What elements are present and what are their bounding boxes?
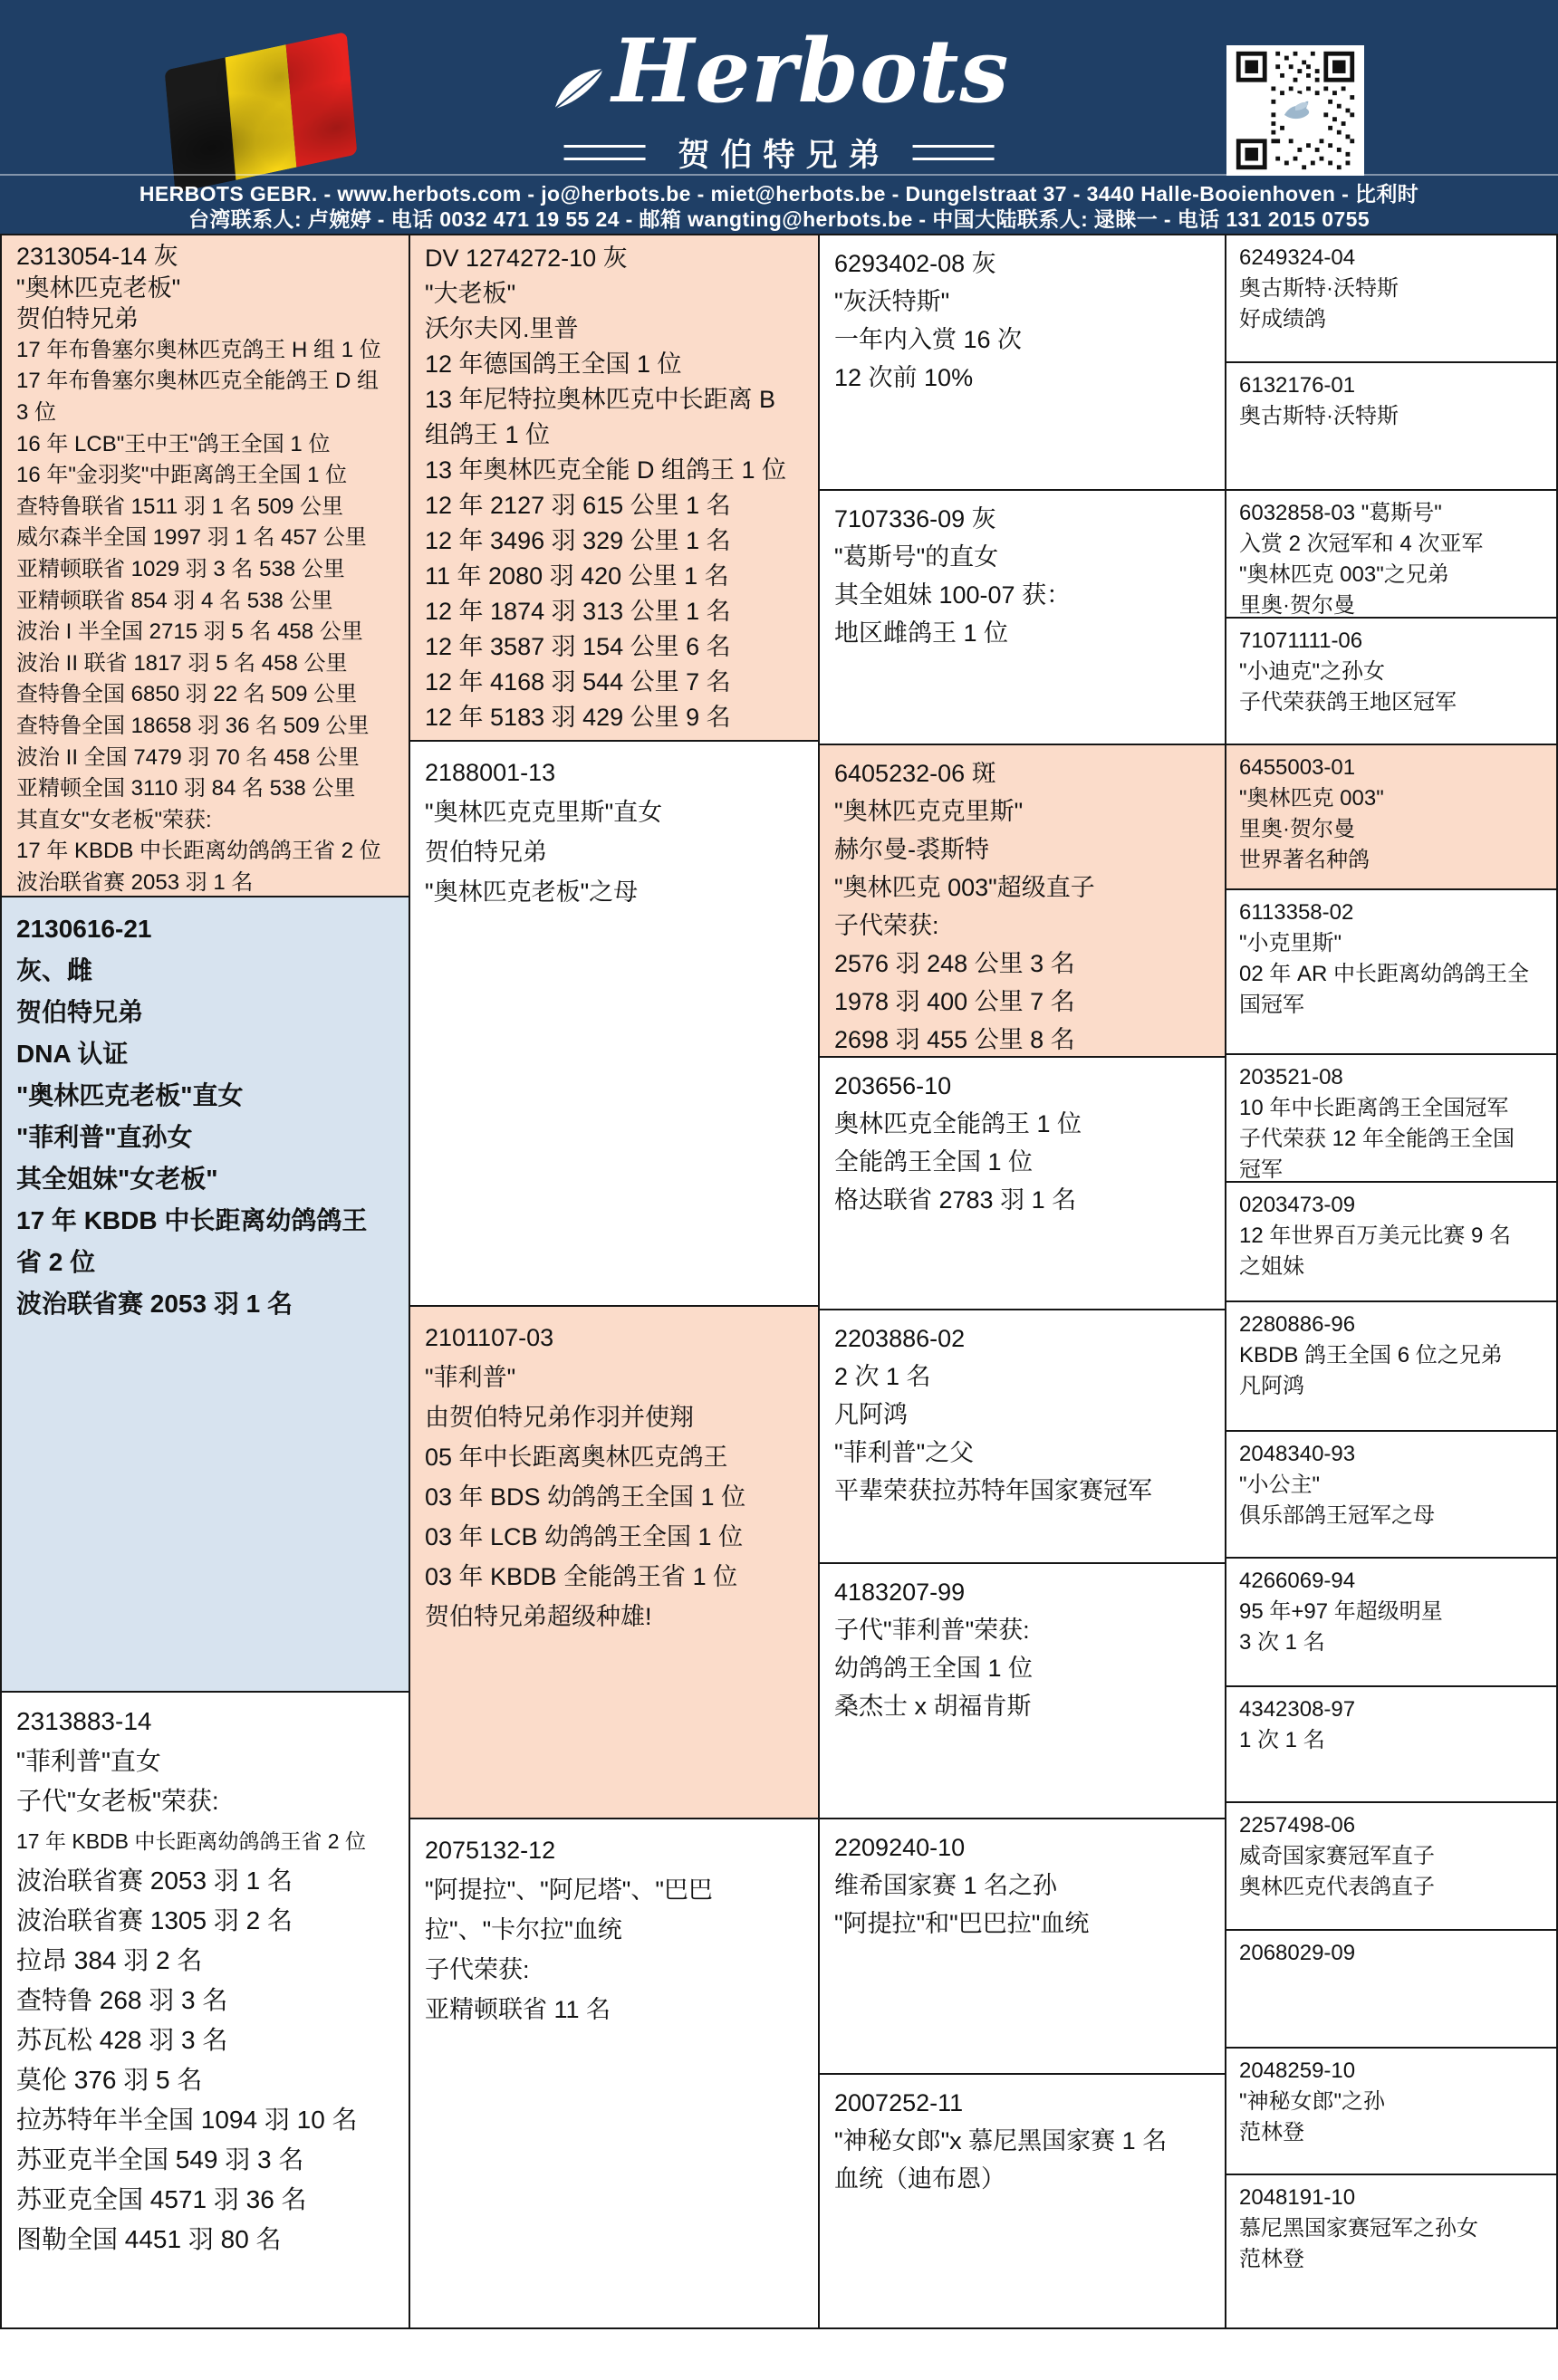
text-line: 2280886-96 xyxy=(1239,1310,1544,1340)
text-line: 其全姐妹"女老板" xyxy=(16,1158,394,1200)
text-line: 贺伯特兄弟 xyxy=(16,992,394,1033)
text-line: 莫伦 376 羽 5 名 xyxy=(16,2060,394,2100)
text-line: 05 年中长距离奥林匹克鸽王 xyxy=(425,1437,803,1477)
text-line: 6455003-01 xyxy=(1239,753,1544,783)
text-line: 奥林匹克代表鸽直子 xyxy=(1239,1872,1544,1903)
text-line: 范林登 xyxy=(1239,2244,1544,2275)
text-line: 4342308-97 xyxy=(1239,1694,1544,1725)
text-line: 全能鸽王全国 1 位 xyxy=(834,1143,1210,1181)
text-line: 12 年世界百万美元比赛 9 名 xyxy=(1239,1221,1544,1252)
brand-block: Herbots 贺伯特兄弟 xyxy=(549,27,1010,176)
text-line: 1978 羽 400 公里 7 名 xyxy=(834,983,1210,1021)
pedigree-cell-7107336-09: 7107336-09 灰"葛斯号"的直女其全姐妹 100-07 获：地区雌鸽王 … xyxy=(820,491,1225,746)
belgian-flag-icon xyxy=(168,51,353,174)
pedigree-cell-203656-10: 203656-10奥林匹克全能鸽王 1 位全能鸽王全国 1 位格达联省 2783… xyxy=(820,1058,1225,1310)
text-line: 拉"、"卡尔拉"血统 xyxy=(425,1910,803,1950)
text-line: 奥林匹克全能鸽王 1 位 xyxy=(834,1105,1210,1143)
text-line: "神秘女郎"之孙 xyxy=(1239,2087,1544,2117)
text-line: 03 年 BDS 幼鸽鸽王全国 1 位 xyxy=(425,1477,803,1517)
text-line: 03 年 KBDB 全能鸽王省 1 位 xyxy=(425,1557,803,1597)
text-line: 子代荣获: xyxy=(834,907,1210,945)
text-line: 2313054-14 灰 xyxy=(16,241,394,273)
text-line: 波治 II 联省 1817 羽 5 名 458 公里 xyxy=(16,648,394,680)
text-line: 波治联省赛 2053 羽 1 名 xyxy=(16,1861,394,1901)
text-line: 奥古斯特·沃特斯 xyxy=(1239,274,1544,304)
text-line: 俱乐部鸽王冠军之母 xyxy=(1239,1501,1544,1531)
text-line: 16 年"金羽奖"中距离鸽王全国 1 位 xyxy=(16,460,394,492)
text-line: 查特鲁 268 羽 3 名 xyxy=(16,1981,394,2020)
text-line: 苏瓦松 428 羽 3 名 xyxy=(16,2020,394,2060)
pedigree-cell-6293402-08: 6293402-08 灰"灰沃特斯"一年内入赏 16 次12 次前 10% xyxy=(820,235,1225,491)
text-line: 波治联省赛 2053 羽 1 名 xyxy=(16,868,394,897)
text-line: 2101107-03 xyxy=(425,1318,803,1358)
pedigree-grid: 2313054-14 灰"奥林匹克老板"贺伯特兄弟17 年布鲁塞尔奥林匹克鸽王 … xyxy=(0,234,1558,2329)
text-line: 奥古斯特·沃特斯 xyxy=(1239,401,1544,432)
text-line: 凡阿鸿 xyxy=(834,1396,1210,1434)
text-line: 里奥·贺尔曼 xyxy=(1239,590,1544,619)
text-line: 12 年 5183 羽 429 公里 9 名 xyxy=(425,700,803,735)
text-line: 2007252-11 xyxy=(834,2084,1210,2122)
text-line: "奥林匹克老板"直女 xyxy=(16,1075,394,1117)
text-line: 组鸽王 1 位 xyxy=(425,417,803,453)
text-line: 查特鲁全国 6850 羽 22 名 509 公里 xyxy=(16,679,394,711)
text-line: 1 次 1 名 xyxy=(1239,1725,1544,1756)
text-line: 4266069-94 xyxy=(1239,1566,1544,1597)
text-line: "奥林匹克 003"之兄弟 xyxy=(1239,560,1544,590)
text-line: 12 次前 10% xyxy=(834,359,1210,397)
text-line: 10 年中长距离鸽王全国冠军 xyxy=(1239,1093,1544,1124)
text-line: KBDB 鸽王全国 6 位之兄弟 xyxy=(1239,1340,1544,1371)
text-line: "灰沃特斯" xyxy=(834,283,1210,321)
pedigree-cell-2101107-03: 2101107-03"菲利普"由贺伯特兄弟作羽并使翔05 年中长距离奥林匹克鸽王… xyxy=(410,1307,818,1819)
text-line: 威奇国家赛冠军直子 xyxy=(1239,1841,1544,1872)
text-line: 一年内入赏 16 次 xyxy=(834,321,1210,359)
text-line: 6113358-02 xyxy=(1239,897,1544,928)
text-line: 12 年 3496 羽 329 公里 1 名 xyxy=(425,523,803,559)
text-line: 贺伯特兄弟 xyxy=(425,832,803,872)
pedigree-cell-2048191-10: 2048191-10慕尼黑国家赛冠军之孙女范林登 xyxy=(1226,2175,1556,2327)
text-line: 6249324-04 xyxy=(1239,243,1544,274)
text-line: 71071111-06 xyxy=(1239,626,1544,657)
contact-block: HERBOTS GEBR. - www.herbots.com - jo@her… xyxy=(0,181,1558,232)
text-line: DV 1274272-10 灰 xyxy=(425,241,803,276)
text-line: 17 年 KBDB 中长距离幼鸽鸽王 xyxy=(16,1200,394,1242)
text-line: 幼鸽鸽王全国 1 位 xyxy=(834,1649,1210,1687)
text-line: 贺伯特兄弟 xyxy=(16,303,394,335)
text-line: 沃尔夫冈.里普 xyxy=(425,312,803,347)
text-line: 03 年 LCB 幼鸽鸽王全国 1 位 xyxy=(425,1517,803,1557)
text-line: 12 年 1874 羽 313 公里 1 名 xyxy=(425,594,803,629)
text-line: 2048340-93 xyxy=(1239,1439,1544,1470)
text-line: "菲利普"直孙女 xyxy=(16,1117,394,1158)
pedigree-cell-6113358-02: 6113358-02"小克里斯"02 年 AR 中长距离幼鸽鸽王全国冠军 xyxy=(1226,890,1556,1056)
pedigree-cell-2075132-12: 2075132-12"阿提拉"、"阿尼塔"、"巴巴拉"、"卡尔拉"血统子代荣获:… xyxy=(410,1819,818,2327)
text-line: "小公主" xyxy=(1239,1470,1544,1501)
text-line: 子代荣获: xyxy=(425,1950,803,1990)
text-line: 2209240-10 xyxy=(834,1828,1210,1867)
text-line: 入赏 2 次冠军和 4 次亚军 xyxy=(1239,529,1544,560)
text-line: 2130616-21 xyxy=(16,908,394,950)
pedigree-cell-2048340-93: 2048340-93"小公主"俱乐部鸽王冠军之母 xyxy=(1226,1432,1556,1559)
text-line: 查特鲁全国 18658 羽 36 名 509 公里 xyxy=(16,711,394,743)
text-line: 203521-08 xyxy=(1239,1062,1544,1093)
text-line: 2048259-10 xyxy=(1239,2056,1544,2087)
text-line: 桑杰士 x 胡福肯斯 xyxy=(834,1687,1210,1725)
text-line: 2576 羽 248 公里 3 名 xyxy=(834,945,1210,983)
text-line: 6032858-03 "葛斯号" xyxy=(1239,498,1544,529)
text-line: 其全姐妹 100-07 获： xyxy=(834,576,1210,614)
text-line: 17 年布鲁塞尔奥林匹克鸽王 H 组 1 位 xyxy=(16,335,394,367)
text-line: 3 位 xyxy=(16,398,394,429)
pedigree-cell-6132176-01: 6132176-01奥古斯特·沃特斯 xyxy=(1226,363,1556,491)
pedigree-cell-2313883-14: 2313883-14"菲利普"直女子代"女老板"荣获:17 年 KBDB 中长距… xyxy=(2,1693,409,2327)
text-line: "阿提拉"和"巴巴拉"血统 xyxy=(834,1905,1210,1943)
pedigree-cell-2209240-10: 2209240-10维希国家赛 1 名之孙"阿提拉"和"巴巴拉"血统 xyxy=(820,1819,1225,2076)
pedigree-cell-2203886-02: 2203886-022 次 1 名凡阿鸿"菲利普"之父平辈荣获拉苏特年国家赛冠军 xyxy=(820,1310,1225,1565)
text-line: 子代荣获 12 年全能鸽王全国 xyxy=(1239,1124,1544,1155)
text-line: 范林登 xyxy=(1239,2117,1544,2148)
text-line: 子代"女老板"荣获: xyxy=(16,1781,394,1821)
text-line: 血统（迪布恩） xyxy=(834,2160,1210,2198)
text-line: 世界著名种鸽 xyxy=(1239,845,1544,876)
text-line: 6293402-08 灰 xyxy=(834,245,1210,283)
text-line: 2068029-09 xyxy=(1239,1938,1544,1969)
text-line: 16 年 LCB"王中王"鸽王全国 1 位 xyxy=(16,429,394,461)
text-line: 查特鲁联省 1511 羽 1 名 509 公里 xyxy=(16,492,394,523)
text-line: 2698 羽 455 公里 8 名 xyxy=(834,1021,1210,1058)
text-line: 2257498-06 xyxy=(1239,1810,1544,1841)
text-line: "奥林匹克老板"之母 xyxy=(425,872,803,912)
feather-icon xyxy=(549,63,607,116)
text-line: 威尔森半全国 1997 羽 1 名 457 公里 xyxy=(16,523,394,554)
contact-line-2: 台湾联系人: 卢婉婷 - 电话 0032 471 19 55 24 - 邮箱 w… xyxy=(0,206,1558,232)
text-line: 7107336-09 灰 xyxy=(834,500,1210,538)
pedigree-cell-6405232-06: 6405232-06 斑"奥林匹克克里斯"赫尔曼-裘斯特"奥林匹克 003"超级… xyxy=(820,745,1225,1058)
text-line: 2188001-13 xyxy=(425,753,803,792)
text-line: 里奥·贺尔曼 xyxy=(1239,814,1544,845)
pedigree-cell-6249324-04: 6249324-04奥古斯特·沃特斯好成绩鸽 xyxy=(1226,235,1556,363)
text-line: 由贺伯特兄弟作羽并使翔 xyxy=(425,1397,803,1437)
text-line: 17 年布鲁塞尔奥林匹克全能鸽王 D 组 xyxy=(16,366,394,398)
qr-code xyxy=(1226,45,1364,176)
text-line: 冠军 xyxy=(1239,1155,1544,1183)
text-line: 亚精顿联省 1029 羽 3 名 538 公里 xyxy=(16,554,394,586)
text-line: "大老板" xyxy=(425,276,803,312)
text-line: 3 次 1 名 xyxy=(1239,1627,1544,1658)
text-line: "菲利普"直女 xyxy=(16,1742,394,1781)
text-line: 波治 II 全国 7479 羽 70 名 458 公里 xyxy=(16,743,394,774)
pedigree-cell-4342308-97: 4342308-971 次 1 名 xyxy=(1226,1687,1556,1803)
text-line: 12 年 3587 羽 154 公里 6 名 xyxy=(425,629,803,665)
text-line: 11 年 2080 羽 420 公里 1 名 xyxy=(425,559,803,594)
text-line: 地区雌鸽王 1 位 xyxy=(834,614,1210,652)
text-line: 子代荣获鸽王地区冠军 xyxy=(1239,687,1544,718)
text-line: 拉苏特年半全国 1094 羽 10 名 xyxy=(16,2100,394,2140)
pedigree-cell-2257498-06: 2257498-06威奇国家赛冠军直子奥林匹克代表鸽直子 xyxy=(1226,1803,1556,1931)
text-line: 02 年 AR 中长距离幼鸽鸽王全 xyxy=(1239,959,1544,990)
text-line: 子代"菲利普"荣获: xyxy=(834,1611,1210,1649)
text-line: 拉昂 384 羽 2 名 xyxy=(16,1941,394,1981)
pedigree-cell-dv1274272-10: DV 1274272-10 灰"大老板"沃尔夫冈.里普12 年德国鸽王全国 1 … xyxy=(410,235,818,742)
pedigree-cell-2280886-96: 2280886-96KBDB 鸽王全国 6 位之兄弟凡阿鸿 xyxy=(1226,1302,1556,1432)
decor-line-left xyxy=(563,145,645,160)
text-line: 4183207-99 xyxy=(834,1573,1210,1611)
pedigree-cell-2068029-09: 2068029-09 xyxy=(1226,1931,1556,2049)
text-line: 灰、雌 xyxy=(16,950,394,992)
text-line: 其直女"女老板"荣获: xyxy=(16,805,394,837)
text-line: "奥林匹克 003" xyxy=(1239,783,1544,814)
pedigree-cell-4266069-94: 4266069-9495 年+97 年超级明星3 次 1 名 xyxy=(1226,1559,1556,1687)
pedigree-column-4: 6249324-04奥古斯特·沃特斯好成绩鸽 6132176-01奥古斯特·沃特… xyxy=(1226,235,1556,2327)
text-line: "菲利普"之父 xyxy=(834,1434,1210,1472)
text-line: 亚精顿全国 3110 羽 84 名 538 公里 xyxy=(16,773,394,805)
text-line: 亚精顿联省 854 羽 4 名 538 公里 xyxy=(16,586,394,618)
text-line: 之姐妹 xyxy=(1239,1252,1544,1282)
footer-margin xyxy=(0,2329,1558,2380)
text-line: 平辈荣获拉苏特年国家赛冠军 xyxy=(834,1472,1210,1510)
text-line: "奥林匹克克里斯" xyxy=(834,792,1210,830)
text-line: 波治联省赛 1305 羽 2 名 xyxy=(16,1901,394,1941)
pedigree-cell-6455003-01: 6455003-01"奥林匹克 003"里奥·贺尔曼世界著名种鸽 xyxy=(1226,745,1556,890)
brand-name: Herbots xyxy=(612,27,1010,116)
text-line: 波治联省赛 2053 羽 1 名 xyxy=(16,1283,394,1325)
text-line: "小克里斯" xyxy=(1239,928,1544,959)
text-line: 203656-10 xyxy=(834,1067,1210,1105)
text-line: 2313883-14 xyxy=(16,1702,394,1742)
text-line: 6132176-01 xyxy=(1239,370,1544,401)
text-line: 苏亚克半全国 549 羽 3 名 xyxy=(16,2140,394,2180)
pedigree-cell-2188001-13: 2188001-13"奥林匹克克里斯"直女贺伯特兄弟"奥林匹克老板"之母 xyxy=(410,742,818,1307)
text-line: "阿提拉"、"阿尼塔"、"巴巴 xyxy=(425,1870,803,1910)
text-line: 国冠军 xyxy=(1239,990,1544,1021)
pedigree-cell-4183207-99: 4183207-99子代"菲利普"荣获:幼鸽鸽王全国 1 位桑杰士 x 胡福肯斯 xyxy=(820,1564,1225,1819)
text-line: 12 年 2127 羽 615 公里 1 名 xyxy=(425,488,803,523)
text-line: DNA 认证 xyxy=(16,1033,394,1075)
header-divider xyxy=(0,174,1558,176)
text-line: 格达联省 2783 羽 1 名 xyxy=(834,1181,1210,1219)
text-line: "奥林匹克克里斯"直女 xyxy=(425,792,803,832)
herbots-logo: Herbots xyxy=(549,27,1010,116)
header: Herbots 贺伯特兄弟 xyxy=(0,0,1558,234)
pedigree-cell-6032858-03: 6032858-03 "葛斯号"入赏 2 次冠军和 4 次亚军"奥林匹克 003… xyxy=(1226,491,1556,619)
text-line: 苏亚克全国 4571 羽 36 名 xyxy=(16,2180,394,2220)
text-line: "小迪克"之孙女 xyxy=(1239,657,1544,687)
brand-cn-row: 贺伯特兄弟 xyxy=(549,130,1010,176)
pedigree-cell-71071111-06: 71071111-06"小迪克"之孙女子代荣获鸽王地区冠军 xyxy=(1226,619,1556,745)
text-line: "菲利普" xyxy=(425,1358,803,1397)
pedigree-page: Herbots 贺伯特兄弟 xyxy=(0,0,1558,2380)
decor-line-right xyxy=(913,145,995,160)
text-line: 17 年 KBDB 中长距离幼鸽鸽王省 2 位 xyxy=(16,1821,394,1861)
text-line: 13 年奥林匹克全能 D 组鸽王 1 位 xyxy=(425,453,803,488)
text-line: 维希国家赛 1 名之孙 xyxy=(834,1867,1210,1905)
text-line: "神秘女郎"x 慕尼黑国家赛 1 名 xyxy=(834,2122,1210,2160)
text-line: 2048191-10 xyxy=(1239,2183,1544,2213)
text-line: 慕尼黑国家赛冠军之孙女 xyxy=(1239,2213,1544,2244)
pedigree-column-3: 6293402-08 灰"灰沃特斯"一年内入赏 16 次12 次前 10% 71… xyxy=(820,235,1226,2327)
pedigree-column-1: 2313054-14 灰"奥林匹克老板"贺伯特兄弟17 年布鲁塞尔奥林匹克鸽王 … xyxy=(2,235,410,2327)
pedigree-cell-203521-08: 203521-0810 年中长距离鸽王全国冠军子代荣获 12 年全能鸽王全国冠军 xyxy=(1226,1055,1556,1183)
text-line: 95 年+97 年超级明星 xyxy=(1239,1597,1544,1627)
pedigree-cell-2130616-21: 2130616-21灰、雌贺伯特兄弟DNA 认证"奥林匹克老板"直女"菲利普"直… xyxy=(2,897,409,1693)
text-line: 17 年 KBDB 中长距离幼鸽鸽王省 2 位 xyxy=(16,836,394,868)
text-line: 省 2 位 xyxy=(16,1242,394,1283)
text-line: 图勒全国 4451 羽 80 名 xyxy=(16,2220,394,2260)
text-line: 好成绩鸽 xyxy=(1239,304,1544,335)
text-line: "奥林匹克老板" xyxy=(16,273,394,304)
text-line: 12 年 4168 羽 544 公里 7 名 xyxy=(425,665,803,700)
text-line: "葛斯号"的直女 xyxy=(834,538,1210,576)
brand-name-cn: 贺伯特兄弟 xyxy=(667,130,890,176)
text-line: 2203886-02 xyxy=(834,1320,1210,1358)
text-line: 贺伯特兄弟超级种雄! xyxy=(425,1597,803,1636)
pedigree-cell-0203473-09: 0203473-0912 年世界百万美元比赛 9 名之姐妹 xyxy=(1226,1183,1556,1302)
pedigree-column-2: DV 1274272-10 灰"大老板"沃尔夫冈.里普12 年德国鸽王全国 1 … xyxy=(410,235,820,2327)
text-line: 亚精顿联省 11 名 xyxy=(425,1990,803,2030)
pedigree-cell-2007252-11: 2007252-11"神秘女郎"x 慕尼黑国家赛 1 名血统（迪布恩） xyxy=(820,2075,1225,2327)
pedigree-cell-2313054-14: 2313054-14 灰"奥林匹克老板"贺伯特兄弟17 年布鲁塞尔奥林匹克鸽王 … xyxy=(2,235,409,897)
text-line: 2 次 1 名 xyxy=(834,1358,1210,1396)
text-line: "奥林匹克 003"超级直子 xyxy=(834,869,1210,907)
text-line: 波治 I 半全国 2715 羽 5 名 458 公里 xyxy=(16,617,394,648)
text-line: 13 年尼特拉奥林匹克中长距离 B xyxy=(425,382,803,417)
text-line: 赫尔曼-裘斯特 xyxy=(834,830,1210,869)
pedigree-cell-2048259-10: 2048259-10"神秘女郎"之孙范林登 xyxy=(1226,2049,1556,2176)
text-line: 2075132-12 xyxy=(425,1830,803,1870)
text-line: 6405232-06 斑 xyxy=(834,754,1210,792)
text-line: 凡阿鸿 xyxy=(1239,1371,1544,1402)
text-line: 12 年德国鸽王全国 1 位 xyxy=(425,347,803,382)
contact-line-1: HERBOTS GEBR. - www.herbots.com - jo@her… xyxy=(0,181,1558,206)
text-line: 0203473-09 xyxy=(1239,1190,1544,1221)
